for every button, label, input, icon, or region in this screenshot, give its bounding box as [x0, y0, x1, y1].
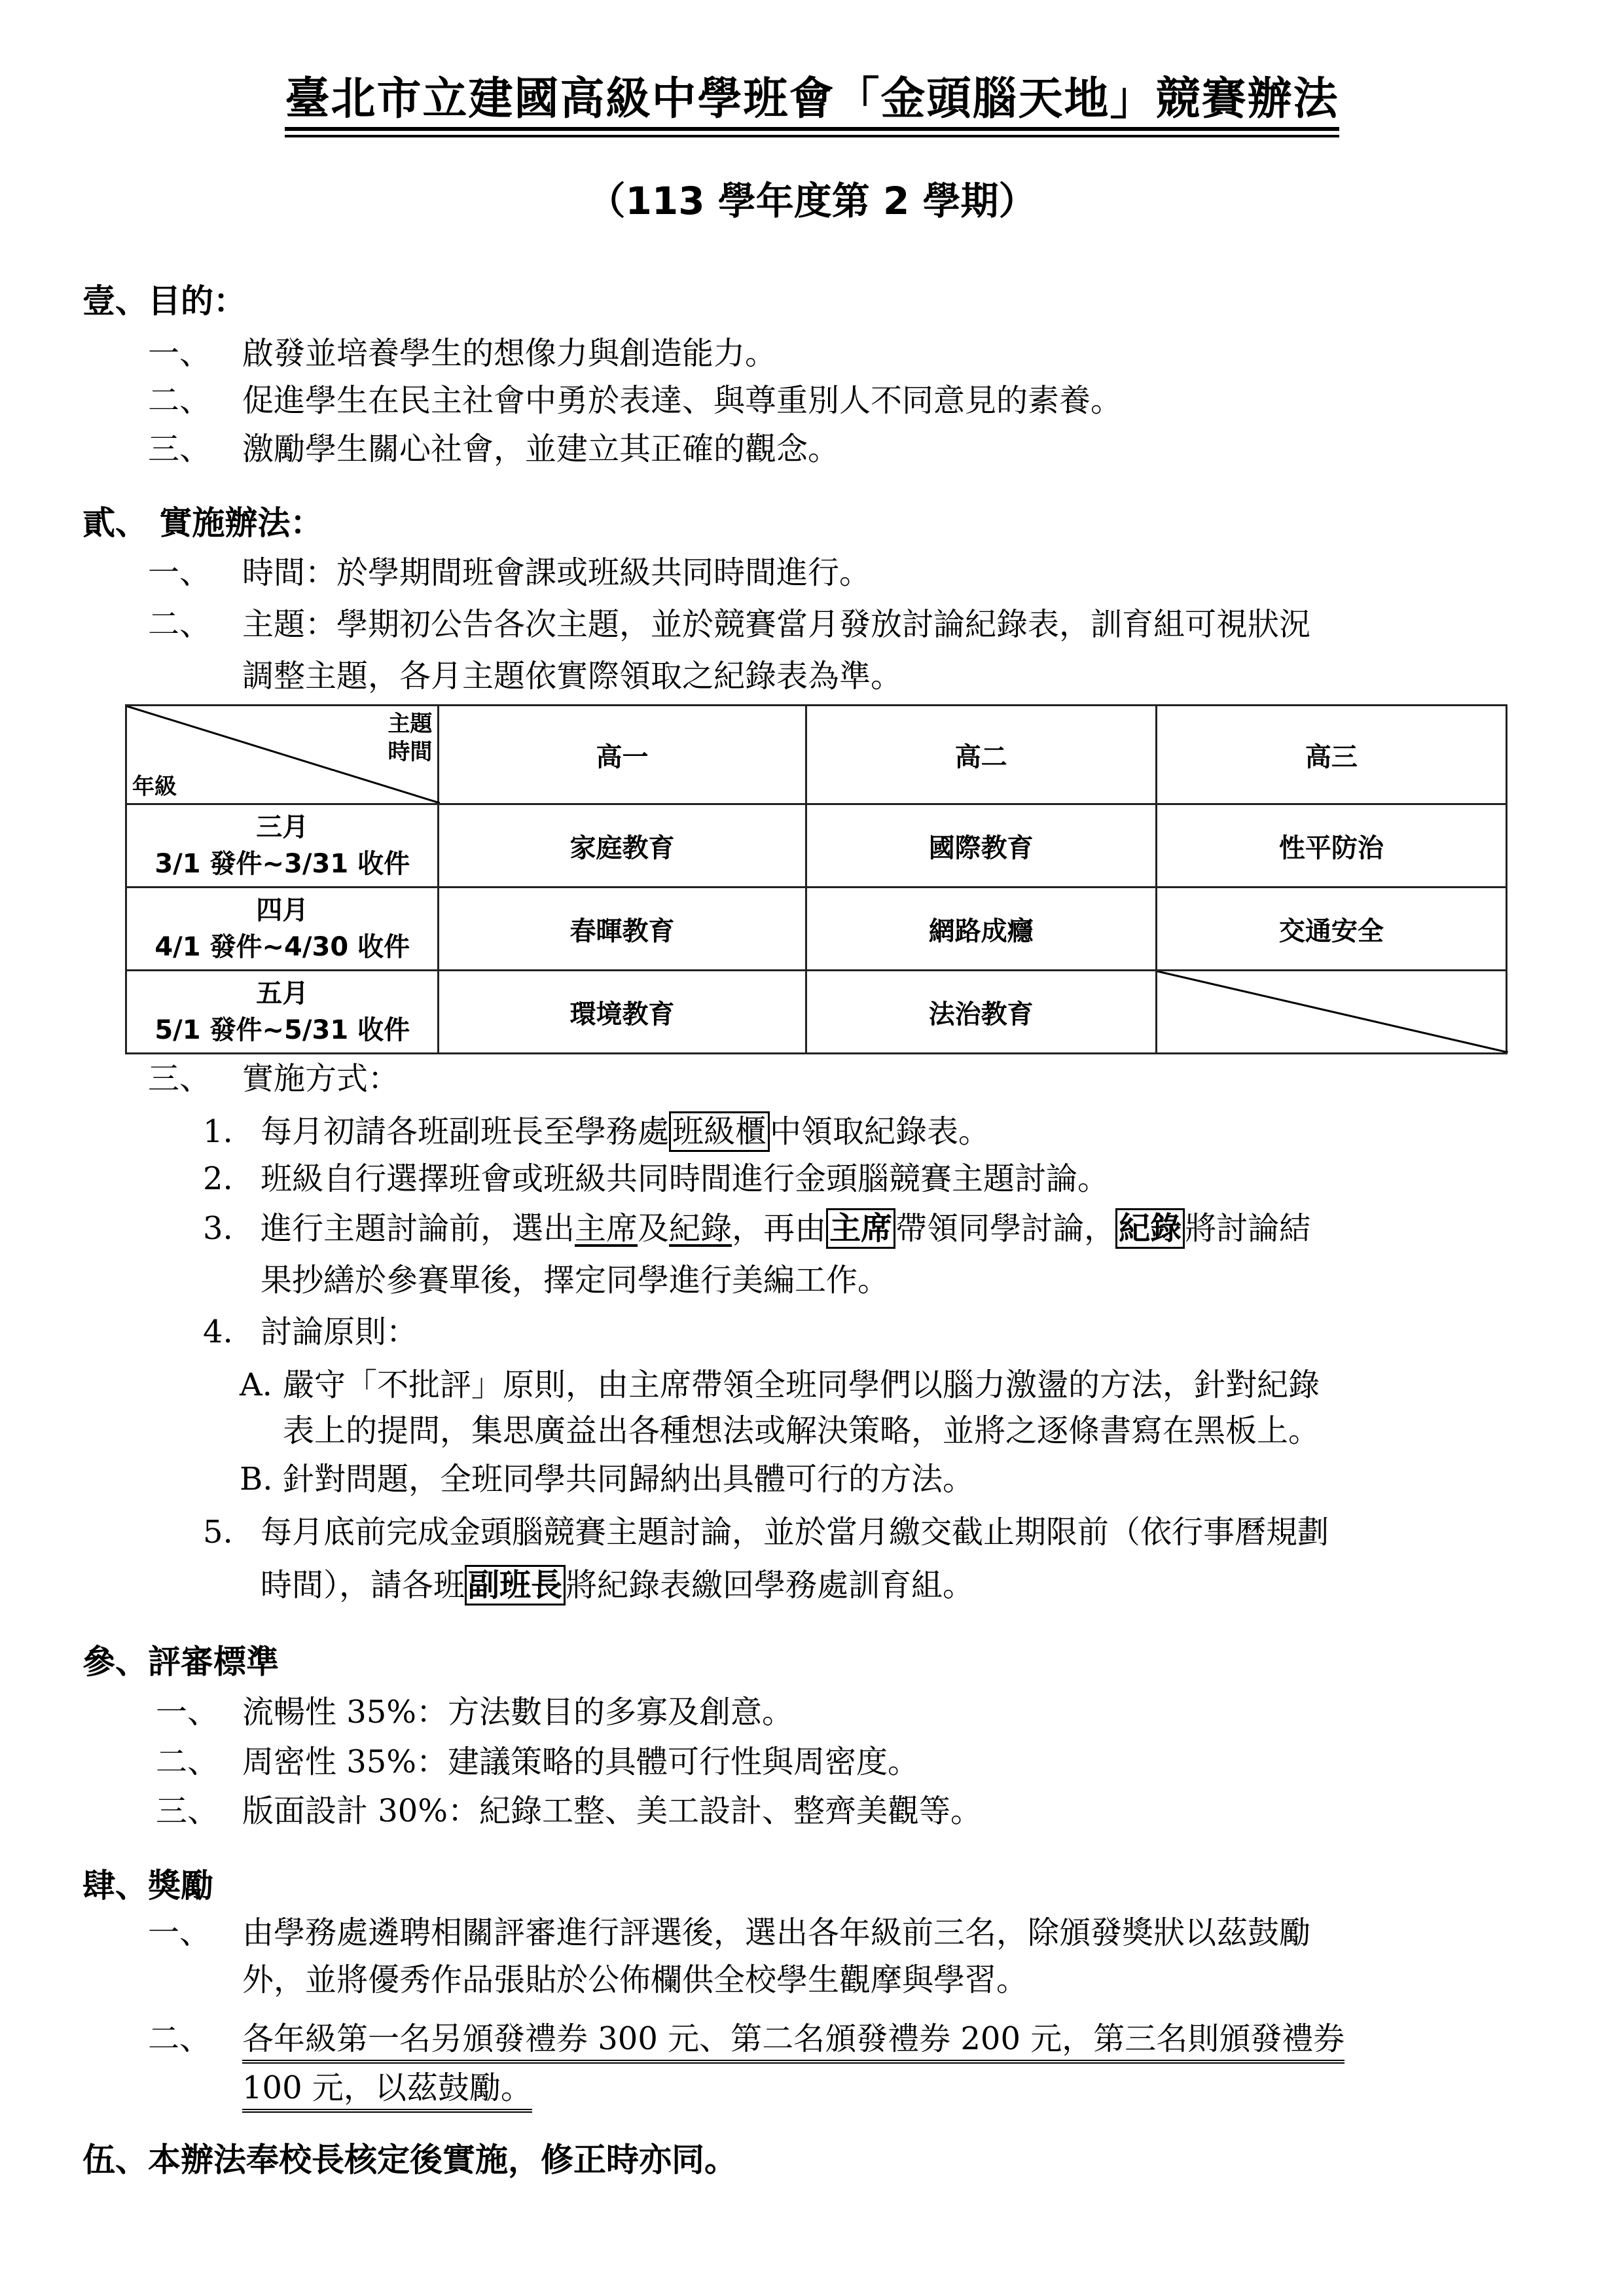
sub-item-number: B.	[240, 1463, 273, 1495]
step-number: 1.	[203, 1116, 233, 1147]
step-3: 進行主題討論前，選出主席及紀錄，再由主席帶領同學討論，紀錄將討論結	[261, 1213, 1310, 1244]
topic-cell: 春暉教育	[439, 888, 806, 971]
section-heading-criteria: 參、評審標準	[82, 1645, 279, 1678]
list-item: 時間：於學期間班會課或班級共同時間進行。	[242, 557, 871, 588]
list-item: 各年級第一名另頒發禮券 300 元、第二名頒發禮券 200 元，第三名則頒發禮券	[242, 2023, 1344, 2054]
column-header: 高二	[806, 706, 1156, 804]
sub-item-number: A.	[240, 1369, 272, 1401]
double-underlined-text: 100 元，以茲鼓勵。	[242, 2070, 532, 2113]
section-heading-implementation: 貳、 實施辦法：	[82, 507, 323, 539]
step-2: 班級自行選擇班會或班級共同時間進行金頭腦競賽主題討論。	[261, 1163, 1109, 1194]
step-number: 5.	[203, 1516, 233, 1548]
list-number: 三、	[148, 1063, 211, 1094]
boxed-term: 班級櫃	[669, 1111, 770, 1152]
sub-item: 嚴守「不批評」原則，由主席帶領全班同學們以腦力激盪的方法，針對紀錄	[283, 1369, 1320, 1401]
table-row: 五月5/1 發件~5/31 收件 環境教育 法治教育	[126, 971, 1507, 1054]
list-item: 促進學生在民主社會中勇於表達、與尊重別人不同意見的素養。	[242, 385, 1122, 416]
list-item: 激勵學生關心社會，並建立其正確的觀念。	[242, 433, 839, 465]
table-row: 三月3/1 發件~3/31 收件 家庭教育 國際教育 性平防治	[126, 804, 1507, 888]
list-number: 一、	[156, 1696, 219, 1728]
list-item-continuation: 外，並將優秀作品張貼於公佈欄供全校學生觀摩與學習。	[242, 1964, 1028, 1996]
list-item-continuation: 100 元，以茲鼓勵。	[242, 2072, 532, 2104]
month-cell: 三月3/1 發件~3/31 收件	[126, 804, 439, 888]
list-item: 主題：學期初公告各次主題，並於競賽當月發放討論紀錄表，訓育組可視狀況	[242, 609, 1310, 640]
list-item-label: 實施方式：	[242, 1063, 399, 1094]
list-number: 二、	[148, 2023, 211, 2054]
table-header-row: 主題時間 年級 高一 高二 高三	[126, 706, 1507, 804]
step-4: 討論原則：	[261, 1316, 418, 1348]
boxed-term: 紀錄	[1115, 1208, 1185, 1249]
table-row: 四月4/1 發件~4/30 收件 春暉教育 網路成癮 交通安全	[126, 888, 1507, 971]
empty-topic-cell	[1156, 971, 1506, 1054]
column-header: 高一	[439, 706, 806, 804]
topic-schedule-table: 主題時間 年級 高一 高二 高三 三月3/1 發件~3/31 收件 家庭教育 國…	[125, 704, 1507, 1054]
underlined-term: 主席	[575, 1210, 638, 1247]
diagonal-line-icon	[1157, 971, 1508, 1052]
topic-cell: 交通安全	[1156, 888, 1506, 971]
boxed-term: 副班長	[465, 1565, 566, 1605]
list-number: 三、	[156, 1795, 219, 1827]
section-heading-awards: 肆、獎勵	[82, 1869, 213, 1902]
table-corner-cell: 主題時間 年級	[126, 706, 439, 804]
list-item: 周密性 35%：建議策略的具體可行性與周密度。	[242, 1746, 919, 1778]
list-item: 由學務處遴聘相關評審進行評選後，選出各年級前三名，除頒發獎狀以茲鼓勵	[242, 1917, 1310, 1948]
section-heading-purpose: 壹、目的：	[82, 285, 246, 317]
list-item: 啟發並培養學生的想像力與創造能力。	[242, 338, 776, 369]
topic-cell: 性平防治	[1156, 804, 1506, 888]
list-number: 一、	[148, 557, 211, 588]
step-1: 每月初請各班副班長至學務處班級櫃中領取紀錄表。	[261, 1116, 990, 1147]
topic-cell: 家庭教育	[439, 804, 806, 888]
section-heading-effective: 伍、本辦法奉校長核定後實施，修正時亦同。	[82, 2144, 737, 2176]
list-item: 版面設計 30%：紀錄工整、美工設計、整齊美觀等。	[242, 1795, 982, 1827]
boxed-term: 主席	[826, 1208, 895, 1249]
month-cell: 五月5/1 發件~5/31 收件	[126, 971, 439, 1054]
topic-cell: 國際教育	[806, 804, 1156, 888]
step-5-continuation: 時間），請各班副班長將紀錄表繳回學務處訓育組。	[261, 1570, 974, 1601]
topic-cell: 網路成癮	[806, 888, 1156, 971]
topic-cell: 環境教育	[439, 971, 806, 1054]
step-number: 4.	[203, 1316, 233, 1348]
list-item-continuation: 調整主題，各月主題依實際領取之紀錄表為準。	[242, 660, 902, 692]
list-number: 二、	[156, 1746, 219, 1778]
list-number: 一、	[148, 1917, 211, 1948]
list-item: 流暢性 35%：方法數目的多寡及創意。	[242, 1696, 793, 1728]
topic-cell: 法治教育	[806, 971, 1156, 1054]
step-number: 2.	[203, 1163, 233, 1194]
sub-item: 針對問題，全班同學共同歸納出具體可行的方法。	[283, 1463, 974, 1495]
document-title: 臺北市立建國高級中學班會「金頭腦天地」競賽辦法	[0, 77, 1624, 131]
underlined-term: 紀錄	[669, 1210, 732, 1247]
list-number: 二、	[148, 385, 211, 416]
double-underlined-text: 各年級第一名另頒發禮券 300 元、第二名頒發禮券 200 元，第三名則頒發禮券	[242, 2020, 1344, 2064]
step-5: 每月底前完成金頭腦競賽主題討論，並於當月繳交截止期限前（依行事曆規劃	[261, 1516, 1329, 1548]
column-header: 高三	[1156, 706, 1506, 804]
step-number: 3.	[203, 1213, 233, 1244]
sub-item-continuation: 表上的提問，集思廣益出各種想法或解決策略，並將之逐條書寫在黑板上。	[283, 1415, 1320, 1446]
month-cell: 四月4/1 發件~4/30 收件	[126, 888, 439, 971]
step-3-continuation: 果抄繕於參賽單後，擇定同學進行美編工作。	[261, 1265, 889, 1296]
list-number: 一、	[148, 338, 211, 369]
list-number: 二、	[148, 609, 211, 640]
list-number: 三、	[148, 433, 211, 465]
document-subtitle: （113 學年度第 2 學期）	[0, 182, 1624, 220]
